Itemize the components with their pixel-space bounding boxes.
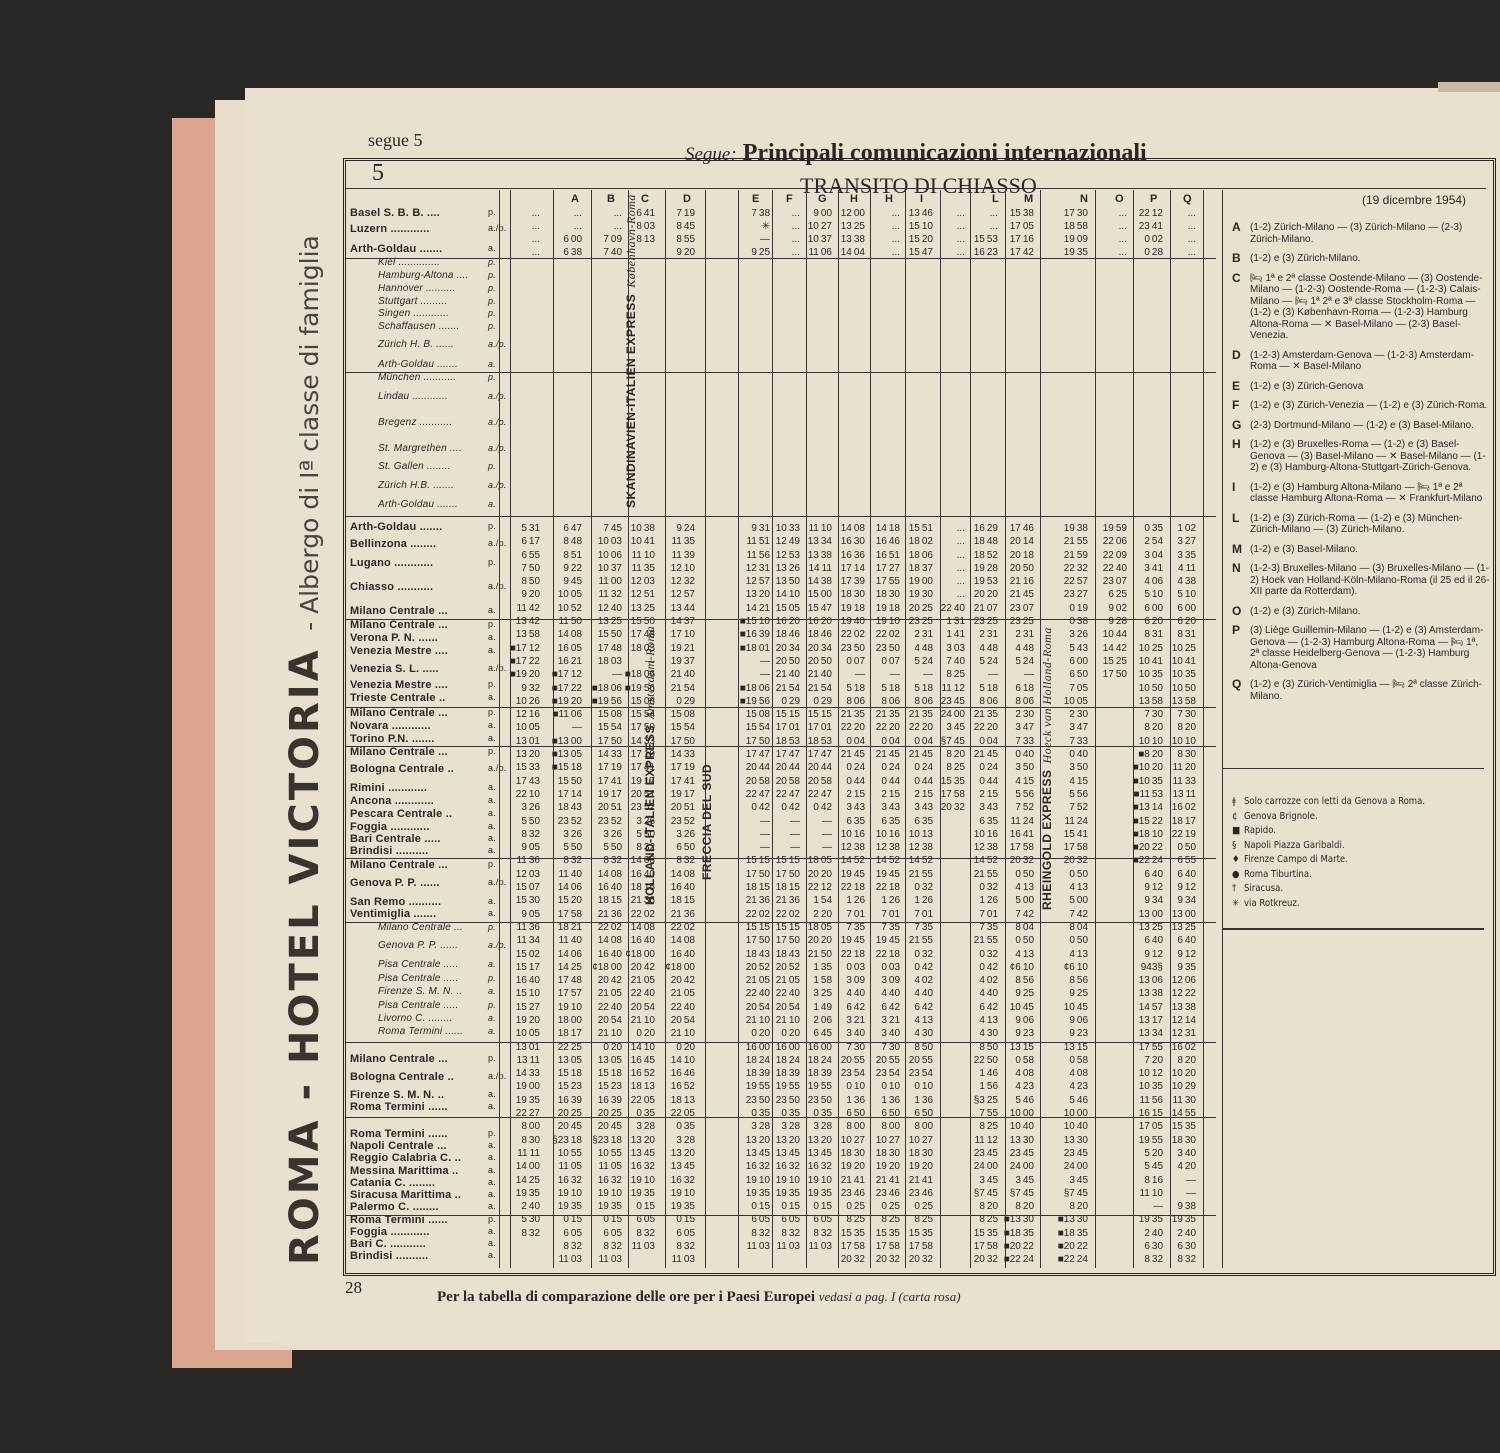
time-cell: 12 53 <box>768 549 800 562</box>
time-cell: 17 05 <box>1004 220 1034 233</box>
time-cell: 7 33 <box>1002 735 1034 748</box>
time-cell: 3 26 <box>590 828 622 841</box>
time-cell: 0 58 <box>1056 1054 1088 1067</box>
time-cell: 22 50 <box>966 1054 998 1067</box>
time-cell: 21 41 <box>901 1174 933 1187</box>
time-cell: 9 25 <box>740 246 770 259</box>
time-cell: 21 36 <box>590 908 622 921</box>
legend-text: (3) Liège Guillemin-Milano — (1-2) e (3)… <box>1250 625 1483 671</box>
time-cell: 5 30 <box>508 1213 540 1226</box>
legend-text: 🛏 1ª e 2ª classe Oostende-Milano — (3) O… <box>1250 273 1482 342</box>
time-cell: 13 11 <box>508 1054 540 1067</box>
time-cell: 9 28 <box>1095 615 1127 628</box>
time-cell: 11 20 <box>1164 761 1196 774</box>
time-cell: 17 58 <box>1056 841 1088 854</box>
column-letter-l: L <box>992 193 999 205</box>
footnote-symbol-icon: ǂ <box>1232 795 1244 810</box>
time-cell: 19 35 <box>1164 1213 1196 1226</box>
time-cell: 13 38 <box>800 549 832 562</box>
time-cell: 19 21 <box>663 642 695 655</box>
time-cell: 8 25 <box>933 761 965 774</box>
column-times: 15 5118 0218 0618 3719 0019 3020 2523 25… <box>901 522 933 1267</box>
time-cell: 3 43 <box>901 801 933 814</box>
time-cell: ■19 56 <box>590 695 622 708</box>
time-cell: 12 03 <box>508 868 540 881</box>
time-cell: 20 44 <box>738 761 770 774</box>
time-cell: 4 13 <box>1002 881 1034 894</box>
time-cell: 20 34 <box>800 642 832 655</box>
time-cell: 11 56 <box>738 549 770 562</box>
time-cell: 7 42 <box>1002 908 1034 921</box>
time-cell: 23 54 <box>833 1067 865 1080</box>
time-cell: 3 27 <box>1164 535 1196 548</box>
time-cell: 8 06 <box>1002 695 1034 708</box>
time-cell: 15 20 <box>550 894 582 907</box>
time-cell: ... <box>1166 233 1196 246</box>
time-cell: 5 18 <box>901 682 933 695</box>
time-cell: 11 06 <box>802 246 832 259</box>
time-cell: 16 40 <box>663 948 695 961</box>
time-cell: 22 05 <box>663 1107 695 1120</box>
time-cell: 8 31 <box>1164 628 1196 641</box>
time-cell: 18 30 <box>901 1147 933 1160</box>
time-cell: 15 30 <box>508 894 540 907</box>
time-cell: 10 27 <box>833 1134 865 1147</box>
time-cell: 9 23 <box>1056 1027 1088 1040</box>
time-cell: 13 46 <box>903 207 933 220</box>
time-cell: 16 52 <box>663 1080 695 1093</box>
time-cell: 21 35 <box>868 708 900 721</box>
time-cell: 18 17 <box>1164 815 1196 828</box>
time-cell: 10 20 <box>1164 1067 1196 1080</box>
time-cell: ... <box>552 207 582 220</box>
time-cell: 0 25 <box>833 1200 865 1213</box>
time-cell: 10 35 <box>1164 668 1196 681</box>
station-name: Hannover ..........p. <box>378 283 456 294</box>
arrival-departure-marker: a. <box>488 896 496 906</box>
time-cell: ■16 39 <box>738 628 770 641</box>
time-cell: 7 19 <box>665 207 695 220</box>
arrival-departure-marker: a. <box>488 1013 496 1023</box>
time-cell: 23 52 <box>550 815 582 828</box>
time-cell: 1 36 <box>868 1094 900 1107</box>
time-cell: 22 02 <box>833 628 865 641</box>
footnote-symbol-icon: ¢ <box>1232 810 1244 825</box>
time-cell: 16 00 <box>768 1041 800 1054</box>
column-times: 14 0816 3016 3617 1417 3918 3019 1819 40… <box>833 522 865 1267</box>
time-cell: 16 20 <box>800 615 832 628</box>
time-cell: 16 40 <box>590 948 622 961</box>
time-cell: 20 58 <box>800 775 832 788</box>
time-cell: 12 38 <box>833 841 865 854</box>
time-cell: 22 18 <box>868 948 900 961</box>
time-cell: 3 21 <box>833 1014 865 1027</box>
time-cell: 3 26 <box>663 828 695 841</box>
time-cell: 0 20 <box>590 1041 622 1054</box>
arrival-departure-marker: a. <box>488 986 496 996</box>
time-cell: 20 52 <box>738 961 770 974</box>
time-cell: 16 32 <box>623 1160 655 1173</box>
time-cell: 0 35 <box>663 1120 695 1133</box>
column-letter-h2: H <box>885 193 893 205</box>
time-cell: ... <box>1166 220 1196 233</box>
time-cell: 20 34 <box>768 642 800 655</box>
time-cell: 0 32 <box>966 881 998 894</box>
time-cell: 6 50 <box>663 841 695 854</box>
time-cell: ■8 20 <box>1131 748 1163 761</box>
column-letter-p: P <box>1150 193 1157 205</box>
station-name: Bologna Centrale ..a./p. <box>350 1071 454 1083</box>
time-cell: 2 31 <box>901 628 933 641</box>
time-cell: 16 32 <box>768 1160 800 1173</box>
time-cell: 11 42 <box>508 602 540 615</box>
time-cell: 16 40 <box>508 974 540 987</box>
arrival-departure-marker: a. <box>488 833 496 843</box>
time-cell: 19 00 <box>508 1080 540 1093</box>
time-cell: 22 18 <box>868 881 900 894</box>
time-cell: 10 25 <box>1131 642 1163 655</box>
time-cell: 8 32 <box>768 1227 800 1240</box>
arrival-departure-marker: p. <box>488 296 496 306</box>
arrival-departure-marker: p. <box>488 283 496 293</box>
time-cell: 6 40 <box>1131 868 1163 881</box>
time-cell: 11 36 <box>508 854 540 867</box>
time-cell: 17 30 <box>1058 207 1088 220</box>
time-cell: 0 35 <box>623 1107 655 1120</box>
time-cell: 2 06 <box>800 1014 832 1027</box>
time-cell: 3 47 <box>1056 721 1088 734</box>
time-cell: — <box>590 668 622 681</box>
arrival-departure-marker: a./p. <box>488 581 507 591</box>
column-letter-c: C <box>641 193 649 205</box>
column-letter-h: H <box>850 193 858 205</box>
time-cell: 14 06 <box>550 881 582 894</box>
time-cell: ... <box>770 220 800 233</box>
time-cell: 21 55 <box>901 868 933 881</box>
time-cell: 12 40 <box>590 602 622 615</box>
time-cell: 6 25 <box>1095 588 1127 601</box>
arrival-departure-marker: a. <box>488 959 496 969</box>
time-cell: 17 48 <box>590 642 622 655</box>
time-cell: 23 52 <box>623 801 655 814</box>
time-cell: 10 37 <box>590 562 622 575</box>
time-cell: 15 10 <box>508 987 540 1000</box>
time-cell: 11 10 <box>800 522 832 535</box>
footnote-symbol-icon: ✳ <box>1232 897 1244 912</box>
time-cell: 0 15 <box>768 1200 800 1213</box>
time-cell: 18 13 <box>623 1080 655 1093</box>
time-cell: 6 41 <box>625 207 655 220</box>
time-cell: 2 15 <box>868 788 900 801</box>
legend-key: O <box>1232 606 1241 618</box>
time-cell: 11 03 <box>738 1240 770 1253</box>
time-cell: 17 50 <box>738 735 770 748</box>
time-cell: 17 55 <box>868 575 900 588</box>
time-cell: 20 55 <box>868 1054 900 1067</box>
time-cell: 16 32 <box>550 1174 582 1187</box>
time-cell: 17 58 <box>933 788 965 801</box>
time-cell: ... <box>510 220 540 233</box>
time-cell: 8 30 <box>508 1134 540 1147</box>
time-cell: 0 35 <box>738 1107 770 1120</box>
time-cell: 21 55 <box>966 868 998 881</box>
time-cell: 6 05 <box>663 1227 695 1240</box>
time-cell: 7 30 <box>833 1041 865 1054</box>
time-cell: 6 05 <box>738 1213 770 1226</box>
time-cell: 15 54 <box>738 721 770 734</box>
time-cell: 8 00 <box>868 1120 900 1133</box>
time-cell: 10 00 <box>1056 1107 1088 1120</box>
arrival-departure-marker: a. <box>488 795 496 805</box>
time-cell: 16 23 <box>968 246 998 259</box>
table-date: (19 dicembre 1954) <box>1362 193 1466 207</box>
station-name: Palermo C. ........a. <box>350 1201 439 1213</box>
footnote-symbol-icon: ♦ <box>1232 853 1244 868</box>
time-cell: 22 32 <box>1056 562 1088 575</box>
time-cell: 7 40 <box>933 655 965 668</box>
legend-text: (1-2-3) Amsterdam-Genova — (1-2-3) Amste… <box>1250 350 1474 373</box>
time-cell: 6 05 <box>623 1213 655 1226</box>
time-cell: 10 41 <box>623 535 655 548</box>
time-cell: 20 55 <box>833 1054 865 1067</box>
time-cell: 13 25 <box>1131 921 1163 934</box>
time-cell: 5 18 <box>833 682 865 695</box>
time-cell: 6 35 <box>901 815 933 828</box>
legend-item: L(1-2) e (3) Zürich-Roma — (1-2) e (3) M… <box>1232 513 1490 536</box>
arrival-departure-marker: a. <box>488 605 496 615</box>
time-cell: 13 20 <box>768 1134 800 1147</box>
time-cell: 18 52 <box>966 549 998 562</box>
legend-item: F(1-2) e (3) Zürich-Venezia — (1-2) e (3… <box>1232 400 1490 412</box>
time-cell: — <box>550 721 582 734</box>
time-cell: 22 02 <box>623 908 655 921</box>
time-cell: 23 45 <box>1002 1147 1034 1160</box>
time-cell: §23 18 <box>590 1134 622 1147</box>
time-cell: 18 46 <box>768 628 800 641</box>
time-cell: 6 40 <box>1164 868 1196 881</box>
time-cell: 13 20 <box>800 1134 832 1147</box>
arrival-departure-marker: a./p. <box>488 339 507 349</box>
station-name: Bregenz ...........a./p. <box>378 417 452 428</box>
time-cell: 8 48 <box>550 535 582 548</box>
time-cell: 11 34 <box>508 934 540 947</box>
time-cell: 19 17 <box>663 788 695 801</box>
station-name: Brindisi ..........a. <box>350 845 428 857</box>
time-cell: ■17 12 <box>508 642 540 655</box>
time-cell: 0 35 <box>1131 522 1163 535</box>
time-cell: 6 00 <box>1131 602 1163 615</box>
station-name: Arth-Goldau .......a. <box>350 243 442 255</box>
footer-note: Per la tabella di comparazione delle ore… <box>437 1289 961 1306</box>
time-cell: 15 54 <box>590 721 622 734</box>
time-cell: 7 01 <box>833 908 865 921</box>
time-cell: — <box>738 841 770 854</box>
footer-italic: vedasi a pag. I (carta rosa) <box>819 1289 961 1304</box>
time-cell: 18 39 <box>738 1067 770 1080</box>
time-cell: 5 56 <box>1056 788 1088 801</box>
time-cell: — <box>800 828 832 841</box>
time-cell: 22 27 <box>508 1107 540 1120</box>
time-cell: 9 05 <box>508 908 540 921</box>
time-cell: 17 19 <box>663 761 695 774</box>
time-cell: 4 08 <box>1002 1067 1034 1080</box>
time-cell: 20 44 <box>800 761 832 774</box>
arrival-departure-marker: p. <box>488 461 496 471</box>
time-cell: 18 53 <box>768 735 800 748</box>
time-cell: 10 40 <box>1056 1120 1088 1133</box>
time-cell: 0 15 <box>800 1200 832 1213</box>
station-name: Roma Termini ......p. <box>350 1214 448 1226</box>
time-cell: 18 05 <box>800 854 832 867</box>
time-cell: 16 32 <box>590 1174 622 1187</box>
time-cell: 24 00 <box>933 708 965 721</box>
time-cell: 6 35 <box>833 815 865 828</box>
station-name: Napoli Centrale ...a. <box>350 1140 447 1152</box>
time-cell: 14 10 <box>768 588 800 601</box>
legend-item: O(1-2) e (3) Zürich-Milano. <box>1232 606 1490 618</box>
table-title: TRANSITO DI CHIASSO <box>800 173 1037 199</box>
time-cell: 14 11 <box>800 562 832 575</box>
time-cell: 12 57 <box>738 575 770 588</box>
time-cell: 0 50 <box>1056 934 1088 947</box>
station-name: Roma Termini ......a. <box>378 1026 463 1037</box>
time-cell: 15 08 <box>623 695 655 708</box>
time-cell: 5 56 <box>1002 788 1034 801</box>
time-cell: 6 40 <box>1164 934 1196 947</box>
time-cell: 4 48 <box>901 642 933 655</box>
time-cell: — <box>768 828 800 841</box>
time-cell: 14 52 <box>966 854 998 867</box>
time-cell: 22 40 <box>623 987 655 1000</box>
time-cell: ■19 56 <box>738 695 770 708</box>
page-number: 28 <box>345 1278 362 1298</box>
time-cell: 10 38 <box>623 522 655 535</box>
station-name: Novara ............a. <box>350 720 431 732</box>
arrival-departure-marker: a. <box>488 632 496 642</box>
time-cell: 12 38 <box>868 841 900 854</box>
time-cell: 4 15 <box>1002 775 1034 788</box>
time-cell: ... <box>933 562 965 575</box>
time-cell: 19 35 <box>623 1187 655 1200</box>
time-cell: ... <box>1166 246 1196 259</box>
station-name: Milano Centrale ...p. <box>350 707 448 719</box>
arrival-departure-marker: p. <box>488 973 496 983</box>
time-cell: 19 35 <box>508 1094 540 1107</box>
time-cell: 23 45 <box>1056 1147 1088 1160</box>
time-cell: 4 40 <box>868 987 900 1000</box>
divider <box>1222 928 1484 930</box>
time-cell: 23 45 <box>966 1147 998 1160</box>
time-cell: 13 45 <box>623 1147 655 1160</box>
arrival-departure-marker: a./p. <box>488 538 507 548</box>
time-cell: 8 03 <box>625 220 655 233</box>
time-cell: 19 35 <box>1058 246 1088 259</box>
time-cell: 0 19 <box>1056 602 1088 615</box>
hotel-name: ROMA - HOTEL VICTORIA <box>282 647 328 1265</box>
time-cell: 13 20 <box>663 1147 695 1160</box>
time-cell: 0 44 <box>868 775 900 788</box>
station-name: Milano Centrale ...p. <box>350 859 448 871</box>
time-cell: 13 20 <box>738 588 770 601</box>
time-cell: 21 45 <box>1002 588 1034 601</box>
time-cell: 19 10 <box>800 1174 832 1187</box>
time-cell: 21 54 <box>768 682 800 695</box>
station-name: Reggio Calabria C. ..a. <box>350 1152 461 1164</box>
time-cell: 4 13 <box>1056 948 1088 961</box>
column-basel-times: 7 38✳—9 25 <box>740 207 770 259</box>
time-cell: 9 34 <box>1164 894 1196 907</box>
time-cell: 7 33 <box>1056 735 1088 748</box>
time-cell: 17 55 <box>1131 1041 1163 1054</box>
time-cell: ■18 06 <box>738 682 770 695</box>
time-cell: 7 05 <box>1056 682 1088 695</box>
time-cell: 8 04 <box>1002 921 1034 934</box>
time-cell: 21 45 <box>901 748 933 761</box>
column-rule <box>499 190 500 1268</box>
time-cell: 20 20 <box>800 868 832 881</box>
time-cell: 19 10 <box>550 1001 582 1014</box>
time-cell: 19 10 <box>550 1187 582 1200</box>
station-name: Bologna Centrale ..a./p. <box>350 763 454 775</box>
time-cell: 19 55 <box>1131 1134 1163 1147</box>
time-cell: 6 20 <box>1131 615 1163 628</box>
time-cell: 8 32 <box>663 854 695 867</box>
time-cell: 19 10 <box>768 1174 800 1187</box>
time-cell: 21 55 <box>1056 535 1088 548</box>
station-name: San Remo ..........a. <box>350 896 441 908</box>
time-cell: ■17 12 <box>550 668 582 681</box>
time-cell: ■13 14 <box>1131 801 1163 814</box>
time-cell: 23 54 <box>901 1067 933 1080</box>
time-cell: ■15 10 <box>738 615 770 628</box>
time-cell: 21 50 <box>800 948 832 961</box>
arrival-departure-marker: p. <box>488 308 496 318</box>
time-cell: ■11 06 <box>550 708 582 721</box>
time-cell: 8 20 <box>1164 1054 1196 1067</box>
time-cell: 13 34 <box>1131 1027 1163 1040</box>
time-cell: 16 15 <box>1131 1107 1163 1120</box>
time-cell: 10 35 <box>1131 1080 1163 1093</box>
time-cell: 19 28 <box>966 562 998 575</box>
time-cell: 3 50 <box>1002 761 1034 774</box>
time-cell: 6 45 <box>800 1027 832 1040</box>
time-cell: 17 14 <box>833 562 865 575</box>
time-cell: 13 25 <box>1164 921 1196 934</box>
time-cell: ■18 10 <box>1131 828 1163 841</box>
time-cell: 23 25 <box>901 615 933 628</box>
time-cell: 8 06 <box>833 695 865 708</box>
time-cell: ¢18 00 <box>590 961 622 974</box>
time-cell: 10 52 <box>550 602 582 615</box>
time-cell: 5 50 <box>508 815 540 828</box>
time-cell: 12 49 <box>768 535 800 548</box>
time-cell: 0 10 <box>868 1080 900 1093</box>
time-cell: 10 29 <box>1164 1080 1196 1093</box>
time-cell: 12 22 <box>1164 987 1196 1000</box>
time-cell: 16 05 <box>550 642 582 655</box>
divider <box>346 372 1216 373</box>
time-cell: 15 50 <box>590 628 622 641</box>
time-cell: 1 31 <box>933 615 965 628</box>
time-cell: — <box>1164 1174 1196 1187</box>
time-cell: 10 13 <box>901 828 933 841</box>
legend-text: (1-2) e (3) Zürich-Venezia — (1-2) e (3)… <box>1250 400 1487 411</box>
time-cell: 13 11 <box>1164 788 1196 801</box>
legend-key: Q <box>1232 679 1241 691</box>
time-cell: 19 35 <box>1131 1213 1163 1226</box>
time-cell: 16 32 <box>800 1160 832 1173</box>
time-cell: 0 35 <box>768 1107 800 1120</box>
